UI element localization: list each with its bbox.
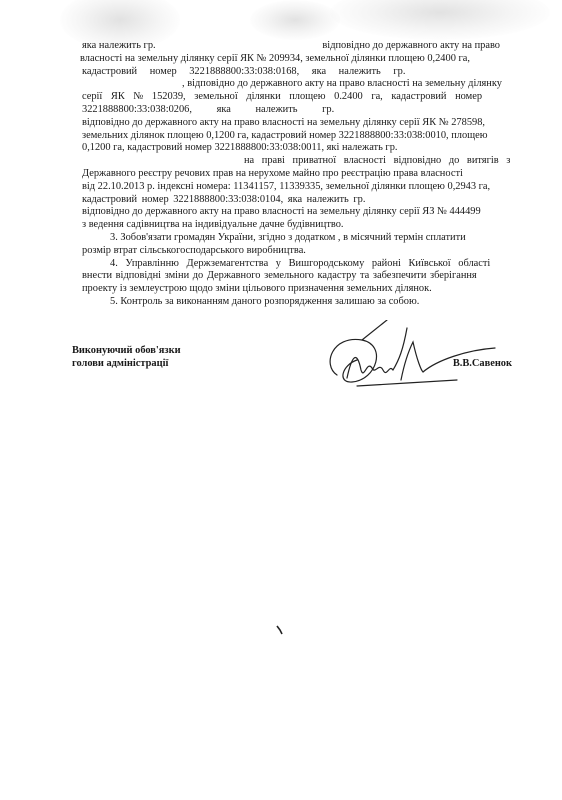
text-line: Державного реєстру речових прав на нерух… (82, 168, 500, 181)
text-line: з ведення садівництва на індивідуальне д… (82, 219, 500, 232)
text-fragment: внести відповідні зміни до Державного зе… (82, 270, 477, 283)
text-fragment: кадастровий номер 3221888800:33:038:0168… (82, 66, 405, 79)
scan-smudge (330, 0, 550, 40)
text-line: 3. Зобов'язати громадян України, згідно … (82, 232, 500, 245)
text-line: кадастровий номер 3221888800:33:038:0168… (82, 66, 500, 79)
text-fragment: відповідно до державного акту на право в… (82, 117, 485, 130)
text-line: 4. Управлінню Держземагентства у Вишгоро… (82, 258, 500, 271)
position-line: Виконуючий обов'язки (72, 344, 181, 357)
text-fragment: 4. Управлінню Держземагентства у Вишгоро… (110, 258, 490, 271)
position-line: голови адміністрації (72, 357, 181, 370)
text-fragment: від 22.10.2013 р. індексні номера: 11341… (82, 181, 490, 194)
text-line: на праві приватної власності відповідно … (82, 155, 500, 168)
text-line: 5. Контроль за виконанням даного розпоря… (82, 296, 500, 309)
text-fragment: серії ЯК № 152039, земельної ділянки пло… (82, 91, 482, 104)
text-fragment: 3221888800:33:038:0206, яка належить гр. (82, 104, 334, 117)
text-line: земельних ділянок площею 0,1200 га, када… (82, 130, 500, 143)
text-fragment: розмір втрат сільськогосподарського виро… (82, 245, 306, 258)
text-line: 0,1200 га, кадастровий номер 3221888800:… (82, 142, 500, 155)
text-line: проекту із землеустрою щодо зміни цільов… (82, 283, 500, 296)
text-fragment: 3. Зобов'язати громадян України, згідно … (110, 232, 466, 245)
signature-block: Виконуючий обов'язки голови адміністраці… (72, 340, 512, 400)
text-line: від 22.10.2013 р. індексні номера: 11341… (82, 181, 500, 194)
scan-smudge (250, 0, 340, 40)
text-fragment: відповідно до державного акту на право в… (82, 206, 481, 219)
text-fragment: власності на земельну ділянку серії ЯК №… (80, 53, 470, 66)
signatory-name: В.В.Савенок (453, 357, 512, 370)
text-fragment: на праві приватної власності відповідно … (244, 155, 510, 168)
text-fragment: земельних ділянок площею 0,1200 га, када… (82, 130, 488, 143)
text-fragment: 0,1200 га, кадастровий номер 3221888800:… (82, 142, 397, 155)
text-line: внести відповідні зміни до Державного зе… (82, 270, 500, 283)
text-fragment: відповідно до державного акту на право (322, 40, 500, 53)
text-line: , відповідно до державного акту на право… (82, 78, 500, 91)
text-line: розмір втрат сільськогосподарського виро… (82, 245, 500, 258)
text-fragment: , відповідно до державного акту на право… (182, 78, 502, 91)
text-line: власності на земельну ділянку серії ЯК №… (80, 53, 500, 66)
signatory-position: Виконуючий обов'язки голови адміністраці… (72, 344, 181, 370)
text-line: відповідно до державного акту на право в… (82, 206, 500, 219)
text-fragment: проекту із землеустрою щодо зміни цільов… (82, 283, 432, 296)
text-line: серії ЯК № 152039, земельної ділянки пло… (82, 91, 500, 104)
text-fragment: кадастровий номер 3221888800:33:038:0104… (82, 194, 365, 207)
text-fragment: з ведення садівництва на індивідуальне д… (82, 219, 344, 232)
text-line: 3221888800:33:038:0206, яка належить гр. (82, 104, 500, 117)
text-line: кадастровий номер 3221888800:33:038:0104… (82, 194, 500, 207)
text-fragment: Державного реєстру речових прав на нерух… (82, 168, 463, 181)
text-line: відповідно до державного акту на право в… (82, 117, 500, 130)
scan-speck-icon (276, 625, 284, 635)
text-fragment: 5. Контроль за виконанням даного розпоря… (110, 296, 419, 309)
text-line: яка належить гр. відповідно до державног… (82, 40, 500, 53)
text-fragment: яка належить гр. (82, 40, 156, 53)
document-body: яка належить гр. відповідно до державног… (82, 40, 500, 309)
